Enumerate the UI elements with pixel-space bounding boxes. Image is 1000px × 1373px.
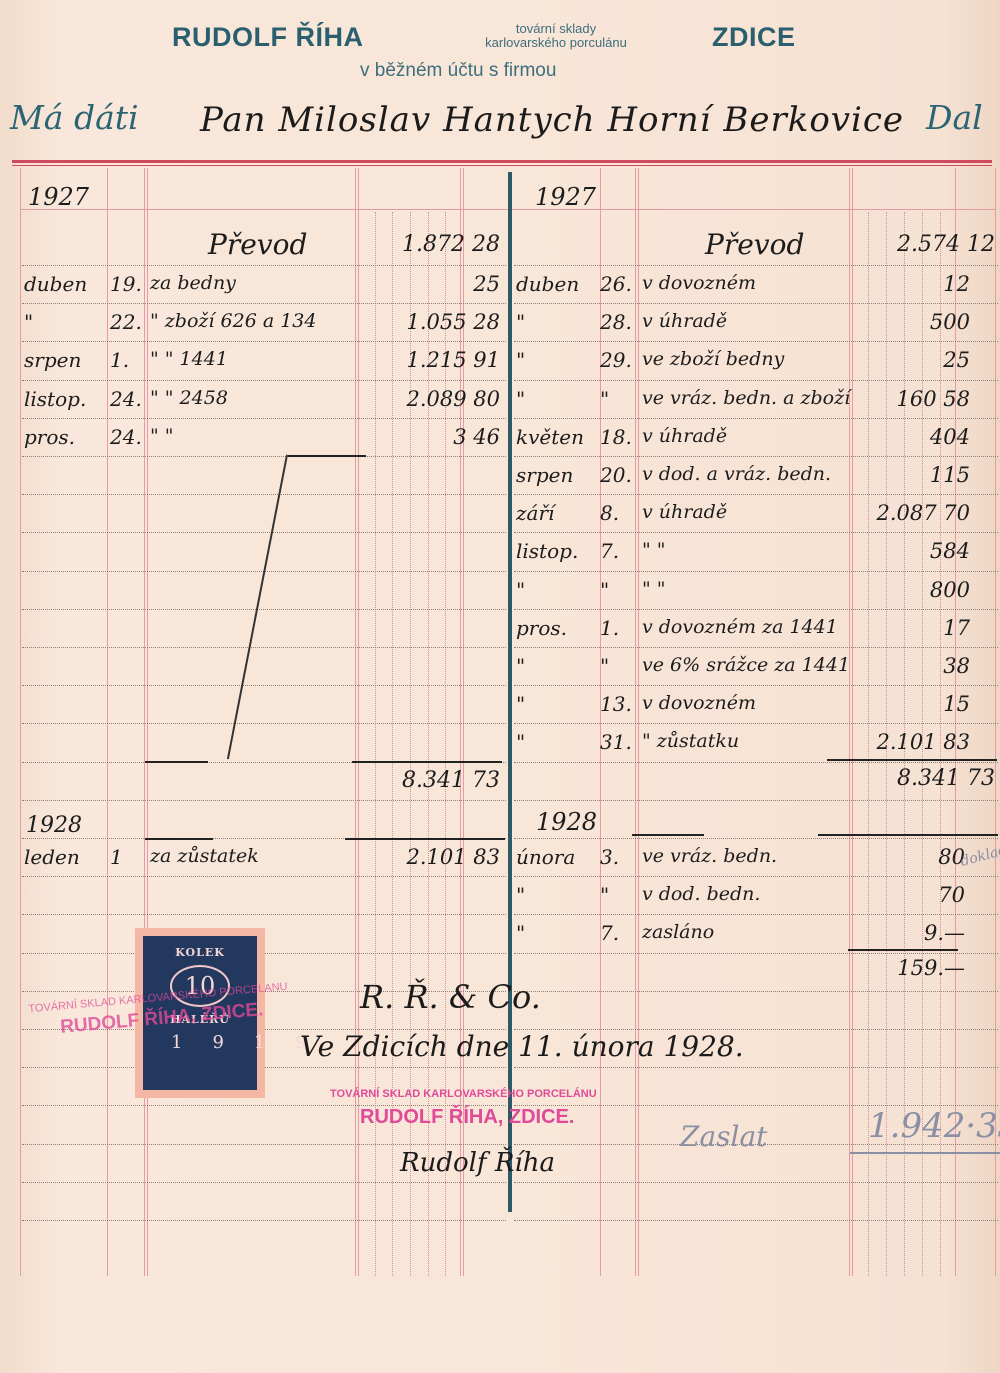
credit-amount: 38 [855, 654, 970, 678]
header-rule [12, 160, 992, 163]
credit-description: v dovozném [642, 692, 756, 714]
stamp-year: 1919 [143, 1032, 257, 1053]
credit-1928-amount: 70 [855, 883, 965, 907]
credit-1928-total-rule [848, 949, 958, 951]
debit-description: za bedny [150, 272, 236, 294]
column-rule-double [635, 168, 636, 1276]
row-rule [22, 800, 506, 801]
debit-day: 1. [110, 348, 129, 372]
credit-1928-description: v dod. bedn. [642, 883, 760, 905]
credit-amount: 15 [855, 692, 970, 716]
credit-carry-amount: 2.574 12 [855, 232, 995, 257]
column-rule-double [849, 168, 850, 1276]
credit-description: v úhradě [642, 425, 727, 447]
debit-amount: 3 46 [360, 425, 500, 449]
row-rule [22, 609, 506, 610]
credit-month: pros. [516, 616, 567, 640]
credit-description: " " [642, 578, 666, 600]
debit-amount: 1.215 91 [360, 348, 500, 372]
row-rule [22, 418, 506, 419]
credit-day: " [600, 387, 609, 411]
debit-total: 8.341 73 [360, 768, 500, 793]
row-rule [22, 685, 506, 686]
credit-month: duben [516, 272, 579, 296]
row-rule [22, 723, 506, 724]
column-rule [852, 168, 853, 1276]
debit-1928-rule-right [345, 838, 505, 840]
row-rule [22, 456, 506, 457]
credit-year-1928: 1928 [536, 808, 597, 836]
debit-1928-amount: 2.101 83 [360, 845, 500, 869]
row-rule [514, 800, 998, 801]
initials-handwritten: R. Ř. & Co. [360, 978, 541, 1016]
credit-month: listop. [516, 539, 578, 563]
credit-description: ve zboží bedny [642, 348, 784, 370]
row-rule [514, 1220, 998, 1221]
credit-description: ve 6% srážce za 1441 [642, 654, 850, 676]
debit-carry-amount: 1.872 28 [360, 232, 500, 257]
credit-month: " [516, 692, 525, 716]
debit-day: 22. [110, 310, 142, 334]
row-rule [514, 685, 998, 686]
credit-amount: 115 [855, 463, 970, 487]
credit-description: v úhradě [642, 310, 727, 332]
credit-amount: 584 [855, 539, 970, 563]
company-name: RUDOLF ŘÍHA [172, 22, 363, 53]
row-rule [22, 1220, 506, 1221]
credit-year-1927: 1927 [535, 183, 596, 211]
credit-day: 20. [600, 463, 632, 487]
debit-day: 19. [110, 272, 142, 296]
credit-1928-day: 7. [600, 921, 619, 945]
credit-description: v dod. a vráz. bedn. [642, 463, 831, 485]
credit-1928-rule-right [818, 834, 998, 836]
credit-amount: 500 [855, 310, 970, 334]
debit-month: srpen [24, 348, 81, 372]
row-rule [514, 494, 998, 495]
credit-amount: 800 [855, 578, 970, 602]
debit-carry-label: Převod [208, 228, 307, 261]
pencil-amount: 1.942·33 [868, 1106, 1000, 1146]
credit-month: " [516, 730, 525, 754]
credit-amount: 2.087 70 [855, 501, 970, 525]
customer-name-handwritten: Pan Miloslav Hantych Horní Berkovice [200, 100, 904, 140]
debit-description: " " [150, 425, 174, 447]
credit-month: " [516, 578, 525, 602]
credit-1928-rule-left [632, 834, 704, 836]
header-rule-thin [12, 165, 992, 166]
debit-amount: 2.089 80 [360, 387, 500, 411]
debit-description: " zboží 626 a 134 [150, 310, 316, 332]
subtitle-line-2: karlovarského porculánu [466, 36, 646, 50]
row-rule [514, 1182, 998, 1183]
credit-amount: 160 58 [855, 387, 970, 411]
credit-day: 8. [600, 501, 619, 525]
credit-day: 26. [600, 272, 632, 296]
row-rule [514, 876, 998, 877]
row-rule [514, 380, 998, 381]
row-rule [514, 532, 998, 533]
credit-amount: 25 [855, 348, 970, 372]
credit-description: v dovozném za 1441 [642, 616, 838, 638]
credit-description: " " [642, 539, 666, 561]
debit-label: Má dáti [10, 98, 139, 137]
date-line-handwritten: Ve Zdicích dne 11. února 1928. [300, 1030, 744, 1063]
credit-month: " [516, 654, 525, 678]
debit-description: " " 2458 [150, 387, 228, 409]
column-rule-double [355, 168, 356, 1276]
credit-day: 7. [600, 539, 619, 563]
row-rule [22, 1144, 506, 1145]
row-rule [22, 341, 506, 342]
row-rule [514, 914, 998, 915]
company-city: ZDICE [712, 22, 796, 53]
row-rule [22, 1182, 506, 1183]
credit-month: " [516, 310, 525, 334]
debit-day: 24. [110, 425, 142, 449]
credit-day: 28. [600, 310, 632, 334]
year-row-rule [20, 209, 508, 210]
debit-month: duben [24, 272, 87, 296]
row-rule [22, 494, 506, 495]
debit-month: listop. [24, 387, 86, 411]
column-rule [600, 168, 601, 1276]
credit-description: ve vráz. bedn. a zboží [642, 387, 850, 409]
debit-year-1928: 1928 [26, 813, 82, 838]
row-rule [514, 723, 998, 724]
subtitle-line-1: tovární sklady [466, 22, 646, 36]
company-subtitle: tovární sklady karlovarského porculánu [466, 22, 646, 50]
row-rule [514, 953, 998, 954]
column-rule [107, 168, 108, 1276]
credit-day: 13. [600, 692, 632, 716]
credit-day: " [600, 578, 609, 602]
pencil-underline [850, 1152, 1000, 1154]
row-rule [514, 456, 998, 457]
debit-year-1927: 1927 [28, 183, 89, 211]
row-rule [514, 838, 998, 839]
row-rule [22, 532, 506, 533]
credit-1928-month: února [516, 845, 575, 869]
row-rule [514, 265, 998, 266]
credit-month: květen [516, 425, 584, 449]
credit-carry-label: Převod [705, 228, 804, 261]
credit-description: v úhradě [642, 501, 727, 523]
signature: Rudolf Říha [400, 1148, 555, 1178]
credit-month: " [516, 348, 525, 372]
column-rule [20, 168, 21, 1276]
row-rule [22, 265, 506, 266]
debit-1928-day: 1 [110, 845, 123, 869]
credit-1928-amount: 80 [855, 845, 965, 869]
row-rule [514, 418, 998, 419]
row-rule [514, 609, 998, 610]
credit-1928-day: 3. [600, 845, 619, 869]
row-rule [514, 571, 998, 572]
row-rule [514, 303, 998, 304]
credit-amount: 2.101 83 [855, 730, 970, 754]
debit-month: pros. [24, 425, 75, 449]
credit-total: 8.341 73 [855, 766, 995, 791]
credit-day: 29. [600, 348, 632, 372]
debit-description: " " 1441 [150, 348, 228, 370]
row-rule [514, 991, 998, 992]
debit-closing-rule-top [288, 455, 366, 457]
credit-label: Dal [926, 98, 983, 137]
debit-amount: 1.055 28 [360, 310, 500, 334]
credit-amount: 404 [855, 425, 970, 449]
credit-description: " zůstatku [642, 730, 739, 752]
credit-1928-amount: 9.— [855, 921, 965, 945]
column-rule-double [144, 168, 145, 1276]
debit-amount: 25 [360, 272, 500, 296]
credit-day: 18. [600, 425, 632, 449]
credit-month: " [516, 387, 525, 411]
row-rule [22, 914, 506, 915]
row-rule [514, 762, 998, 763]
credit-month: září [516, 501, 554, 525]
debit-day: 24. [110, 387, 142, 411]
row-rule [22, 647, 506, 648]
row-rule [514, 647, 998, 648]
debit-1928-description: za zůstatek [150, 845, 259, 867]
credit-1928-month: " [516, 921, 525, 945]
row-rule [22, 876, 506, 877]
credit-1928-description: ve vráz. bedn. [642, 845, 777, 867]
debit-total-rule [352, 761, 502, 763]
debit-1928-month: leden [24, 845, 80, 869]
debit-month: " [24, 310, 33, 334]
credit-amount: 12 [855, 272, 970, 296]
credit-amount: 17 [855, 616, 970, 640]
row-rule [22, 380, 506, 381]
company-stamp-right-line2: RUDOLF ŘÍHA, ZDICE. [360, 1106, 574, 1129]
account-line: v běžném účtu s firmou [360, 60, 556, 82]
credit-month: srpen [516, 463, 573, 487]
column-rule [147, 168, 148, 1276]
column-rule [358, 168, 359, 1276]
credit-day: 1. [600, 616, 619, 640]
pencil-note: Zaslat [680, 1120, 767, 1153]
company-stamp-right-line1: TOVÁRNÍ SKLAD KARLOVARSKÉHO PORCELÁNU [330, 1088, 597, 1100]
column-rule [638, 168, 639, 1276]
credit-total-rule [827, 759, 997, 761]
debit-1928-rule-left [145, 838, 213, 840]
credit-1928-total: 159.— [855, 956, 965, 980]
credit-day: 31. [600, 730, 632, 754]
credit-1928-month: " [516, 883, 525, 907]
debit-closing-rule-left [145, 761, 208, 763]
credit-description: v dovozném [642, 272, 756, 294]
stamp-title: KOLEK [143, 946, 257, 959]
row-rule [22, 303, 506, 304]
row-rule [514, 1067, 998, 1068]
credit-1928-description: zasláno [642, 921, 714, 943]
row-rule [514, 341, 998, 342]
credit-day: " [600, 654, 609, 678]
credit-1928-day: " [600, 883, 609, 907]
